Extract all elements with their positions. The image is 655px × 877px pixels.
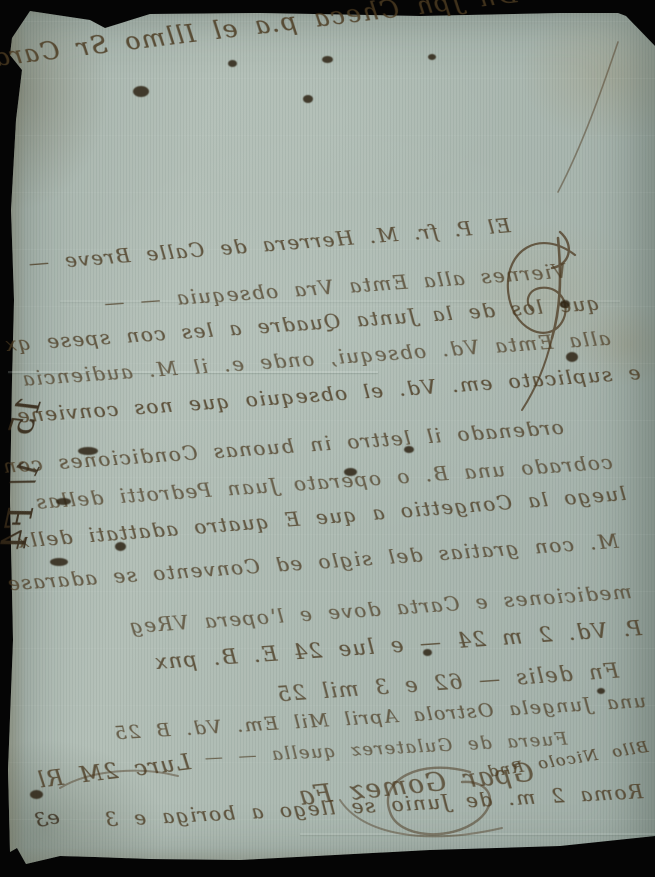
ink-blot <box>133 86 149 97</box>
ink-blot <box>303 95 313 103</box>
ink-blot <box>423 649 432 656</box>
ink-blot <box>115 542 126 551</box>
manuscript-scan: Dn Jph Checa p.a el Illmo Sr Cardl DatoE… <box>0 0 655 877</box>
ink-blot <box>322 56 333 63</box>
ink-blot <box>597 688 605 694</box>
ink-blot <box>404 446 414 453</box>
ink-blot <box>344 468 357 476</box>
fold-crease <box>300 833 655 835</box>
ink-blot <box>30 790 43 799</box>
ink-blot <box>56 498 71 505</box>
ink-blot <box>566 352 578 362</box>
ink-blot <box>560 300 570 308</box>
ink-blot <box>428 54 436 60</box>
ink-blot <box>78 447 98 455</box>
ink-blot <box>228 60 237 67</box>
ink-blot <box>50 558 68 566</box>
